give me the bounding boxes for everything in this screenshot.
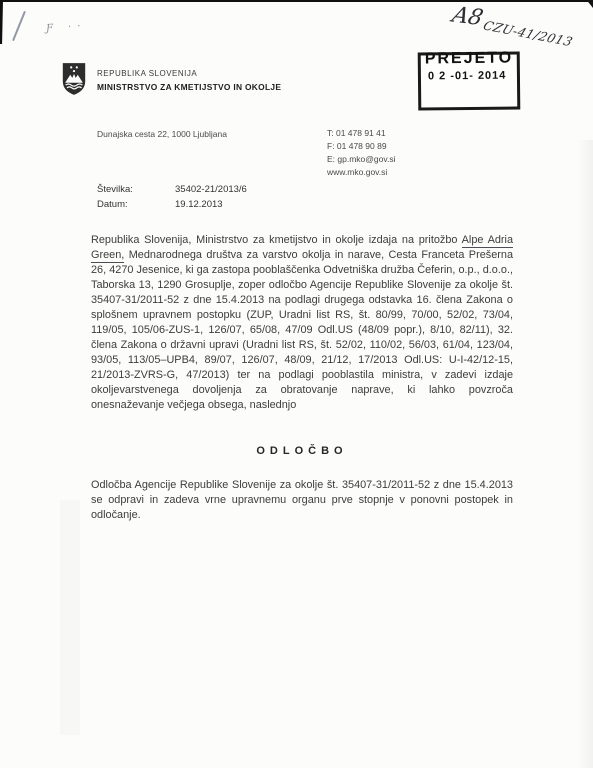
contact-website: www.mko.gov.si (327, 166, 395, 179)
stamp-date: 0 2 -01- 2014 (428, 70, 507, 83)
handwritten-reference: A8CZU-41/2013 (451, 3, 576, 47)
contact-info: T: 01 478 91 41 F: 01 478 90 89 E: gp.mk… (327, 127, 395, 179)
letterhead-text: REPUBLIKA SLOVENIJA MINISTRSTVO ZA KMETI… (97, 69, 281, 92)
document-date-row: Datum: 19.12.2013 (97, 197, 247, 212)
intro-paragraph: Republika Slovenija, Ministrstvo za kmet… (91, 233, 513, 413)
slovenia-coat-of-arms-icon (60, 62, 88, 101)
decision-paragraph: Odločba Agencije Republike Slovenije za … (91, 478, 513, 523)
ministry-address: Dunajska cesta 22, 1000 Ljubljana (97, 129, 227, 139)
intro-text-before: Republika Slovenija, Ministrstvo za kmet… (91, 234, 462, 246)
handwritten-ref-main: A8 (449, 3, 485, 31)
contact-phone: T: 01 478 91 41 (327, 127, 395, 140)
document-body: Republika Slovenija, Ministrstvo za kmet… (91, 233, 513, 523)
document-meta: Številka: 35402-21/2013/6 Datum: 19.12.2… (97, 182, 247, 212)
contact-email: E: gp.mko@gov.si (327, 153, 395, 166)
country-name: REPUBLIKA SLOVENIJA (97, 69, 281, 78)
number-label: Številka: (97, 182, 175, 197)
number-value: 35402-21/2013/6 (175, 182, 247, 197)
date-label: Datum: (97, 197, 175, 212)
decision-heading: ODLOČBO (91, 445, 513, 457)
document-number-row: Številka: 35402-21/2013/6 (97, 182, 247, 197)
handwritten-ref-sub: CZU-41/2013 (481, 18, 575, 49)
scan-edge-top (0, 0, 593, 2)
date-value: 19.12.2013 (175, 197, 223, 212)
pen-scribble-mark: Ƒ ·· (46, 21, 87, 35)
scan-edge-left (0, 0, 3, 44)
scanned-document-page: Ƒ ·· A8CZU-41/2013 PREJETO 0 2 -01- 2014… (0, 0, 593, 768)
ministry-name: MINISTRSTVO ZA KMETIJSTVO IN OKOLJE (97, 82, 281, 92)
intro-text-after: Mednarodnega društva za varstvo okolja i… (91, 249, 513, 411)
stamp-title: PREJETO (425, 50, 514, 69)
scan-ghosting (60, 500, 80, 735)
scan-shading-right (577, 140, 593, 768)
received-stamp: PREJETO 0 2 -01- 2014 (418, 51, 521, 110)
contact-fax: F: 01 478 90 89 (327, 140, 395, 153)
pen-slash-icon (12, 11, 26, 41)
